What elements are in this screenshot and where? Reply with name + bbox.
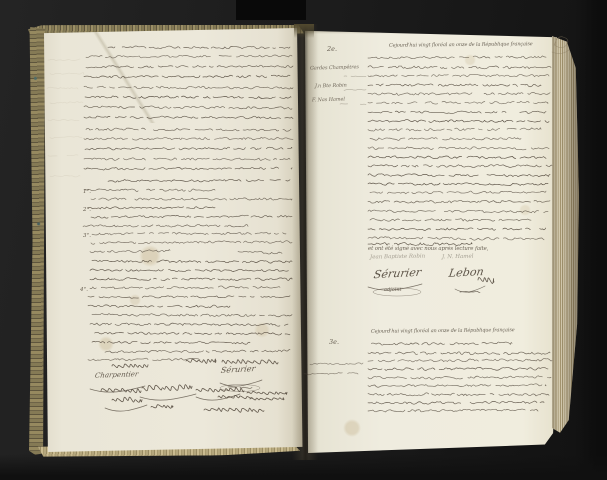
book-cover-left-edge bbox=[29, 27, 45, 455]
entry-2-closing-line: et ont été signé avec nous après lecture… bbox=[368, 247, 488, 252]
signature-lebon: Lebon bbox=[448, 266, 485, 279]
signature-serurier-title: adjoint bbox=[384, 288, 402, 293]
entry-2-margin-line-3: F. Nas Hamel bbox=[312, 98, 345, 104]
left-item-marker-4: 4°. bbox=[80, 288, 88, 294]
faint-signature-robin: Jean Baptiste Robin bbox=[370, 255, 425, 261]
entry-2-number: 2e. bbox=[327, 46, 337, 53]
left-manuscript-page bbox=[44, 28, 303, 452]
left-item-marker-1: 1°. bbox=[83, 190, 91, 196]
left-item-marker-3: 3°. bbox=[83, 234, 91, 240]
entry-3-number: 3e. bbox=[329, 339, 339, 346]
entry-2-margin-line-2: J.n Bte Robin bbox=[315, 84, 347, 90]
archival-scan-background: 1°. 2°. 3°. 4°. Charpentier Sérurier 2e.… bbox=[0, 0, 607, 480]
left-item-marker-2: 2°. bbox=[83, 208, 91, 214]
faint-signature-hamel: J. N. Hamel bbox=[442, 255, 474, 261]
open-register-book: 1°. 2°. 3°. 4°. Charpentier Sérurier 2e.… bbox=[0, 0, 607, 480]
signature-serurier-right: Sérurier bbox=[373, 267, 422, 280]
page-stack-fore-edge bbox=[552, 36, 579, 436]
right-manuscript-page bbox=[305, 30, 561, 453]
